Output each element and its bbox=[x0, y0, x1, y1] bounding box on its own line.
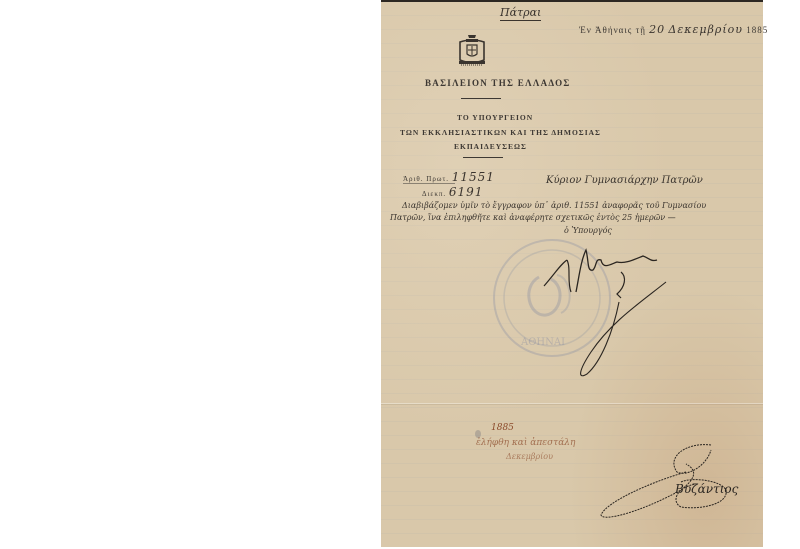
ink-spot bbox=[475, 430, 481, 438]
lower-signature-text: Βυζάντιος bbox=[674, 482, 739, 496]
lower-signature-icon: Βυζάντιος bbox=[381, 2, 763, 549]
document-page: ΑΘΗΝΑΙ Πάτραι Ἐν Ἀθήναις τῇ 20 Δεκεμβρίο… bbox=[381, 0, 763, 547]
